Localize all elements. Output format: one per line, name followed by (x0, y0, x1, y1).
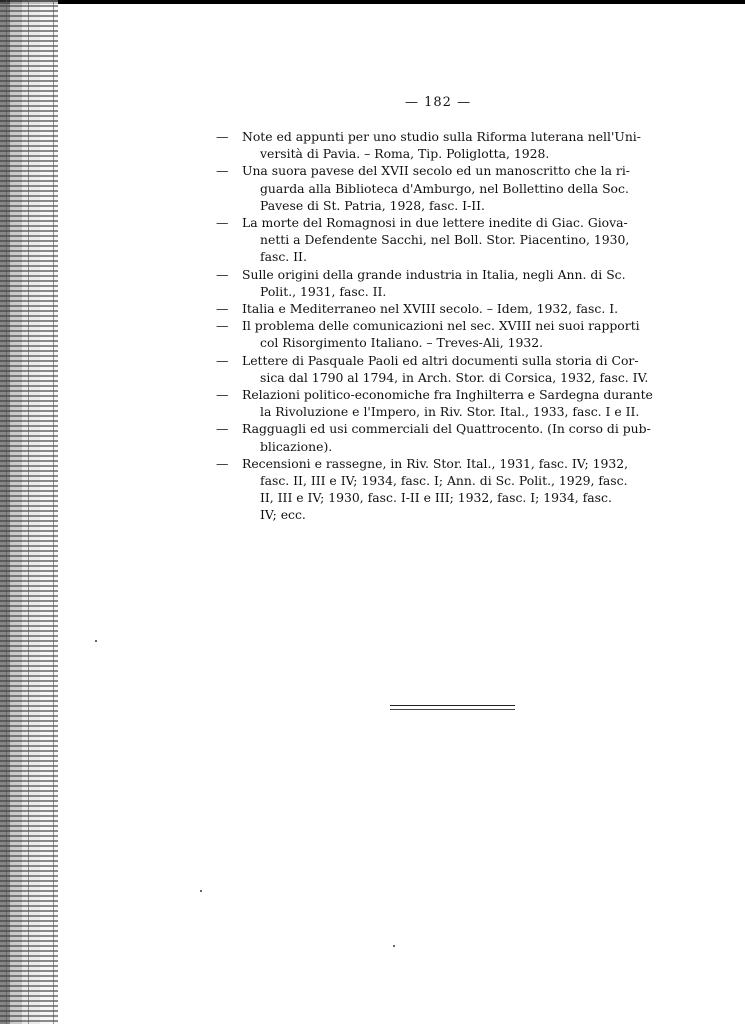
binding-line (28, 0, 29, 1024)
bibliography-entry: — Recensioni e rassegne, in Riv. Stor. I… (216, 455, 670, 524)
bibliography-entry: — Lettere di Pasquale Paoli ed altri doc… (216, 352, 670, 386)
bibliography-entry: — Ragguagli ed usi commerciali del Quatt… (216, 420, 670, 454)
bibliography-entry: — Sulle origini della grande industria i… (216, 266, 670, 300)
bibliography-entry: — Italia e Mediterraneo nel XVIII secolo… (216, 300, 670, 317)
scanned-binding-edge (0, 0, 58, 1024)
bibliography-entry: — Una suora pavese del XVII secolo ed un… (216, 162, 670, 214)
binding-line (53, 0, 54, 1024)
bibliography-entry: — Il problema delle comunicazioni nel se… (216, 317, 670, 351)
page-number: — 182 — (405, 95, 471, 110)
bibliography-entry: — Relazioni politico-economiche fra Ingh… (216, 386, 670, 420)
bibliography-entry: — La morte del Romagnosi in due lettere … (216, 214, 670, 266)
scan-speck (200, 890, 202, 892)
bibliography-entry: — Note ed appunti per uno studio sulla R… (216, 128, 670, 162)
scan-top-edge (0, 0, 745, 4)
end-divider-rule (390, 705, 515, 710)
bibliography-list: — Note ed appunti per uno studio sulla R… (216, 128, 670, 524)
scan-speck (95, 640, 97, 642)
binding-line (6, 0, 7, 1024)
scan-speck (393, 945, 395, 947)
